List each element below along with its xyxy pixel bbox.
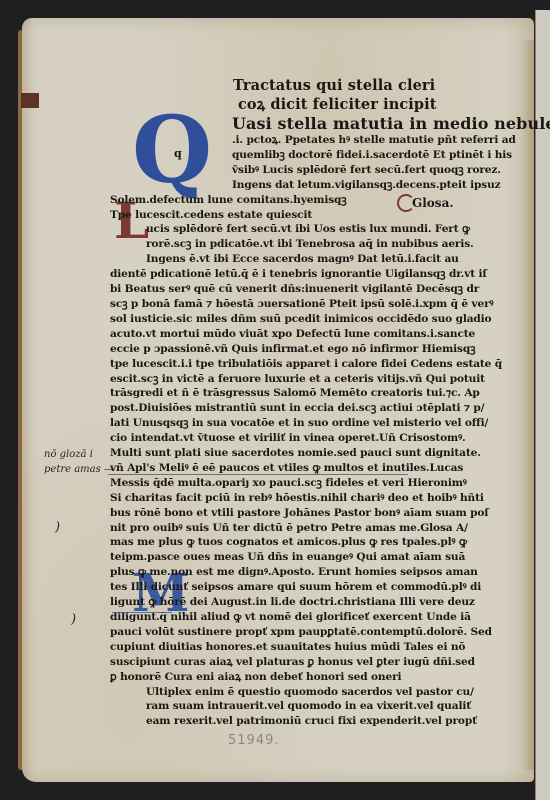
text-line: escit.scꝫ in victē a feruore luxurie et … <box>110 372 520 387</box>
text-line: suscipiunt curas aiaꝝ vel platuras ꝑ hon… <box>110 655 520 670</box>
title-line: Tractatus qui stella cleri <box>110 76 520 95</box>
text-line: Ingens ē.vt ibi Ecce sacerdos magnꝰ Dat … <box>110 252 520 267</box>
text-line: plus ꝙ me.non est me dignꝰ.Aposto. Erunt… <box>110 565 520 580</box>
manuscript-underline <box>108 474 408 475</box>
text-line: Messis q̄dē multa.opariȷ xo pauci.scꝫ fi… <box>110 476 520 491</box>
text-line: post.Diuisiōes mistrantiū sunt in eccia … <box>110 401 520 416</box>
text-line: ligunt ꝙ hōrē dei August.in li.de doctri… <box>110 595 520 610</box>
text-line: eccie p ɔpassionē.vñ Quis infirmat.et eg… <box>110 342 520 357</box>
text-line: nit pro ouibꝰ suis Uñ ter dictū ē petro … <box>110 521 520 536</box>
text-line: lati Unusqsqꝫ in sua vocatōe et in suo o… <box>110 416 520 431</box>
text-line: bus rōnē bono et vtili pastore Johānes P… <box>110 506 520 521</box>
text-line: mas me plus ꝙ tuos cognatos et amicos.pl… <box>110 535 520 550</box>
text-line: Solem.defectum lune comitans.hyemisqꝫ <box>110 193 520 208</box>
text-line: Tpe lucescit.cedens estate quiescit <box>110 208 520 223</box>
text-line: .i. pctoꝝ. Ppetates hꝰ stelle matutie pñ… <box>110 133 520 148</box>
text-line: tes Illi dicunť seipsos amare qui suum h… <box>110 580 520 595</box>
text-line: eam rexerit.vel patrimoniū cruci fixi ex… <box>110 714 520 729</box>
margin-note: petre amas — <box>44 463 114 476</box>
text-line: ṽsibꝰ Lucis splēdorē fert secū.fert quoq… <box>110 163 520 178</box>
margin-mark: ) <box>55 520 60 535</box>
text-block: Tractatus qui stella cleri coꝝ dicit fel… <box>110 76 520 729</box>
text-line: acuto.vt mortui mūdo viuāt xpo Defectū l… <box>110 327 520 342</box>
text-line: rorē.scꝫ in pdicatōe.vt ibi Tenebrosa aq… <box>110 237 520 252</box>
text-line: tpe lucescit.i.i tpe tribulatiōis appare… <box>110 357 520 372</box>
text-line: ꝑ honorē Cura eni aiaꝝ non debeť honori … <box>110 670 520 685</box>
text-line: Si charitas facit pciū in rebꝰ hōestis.n… <box>110 491 520 506</box>
text-line: quemlibꝫ doctorē fidei.i.sacerdotē Et pt… <box>110 148 520 163</box>
text-line: ucis splēdorē fert secū.vt ibi Uos estis… <box>110 222 520 237</box>
opening-line: Uasi stella matutia in medio nebule. <box>110 114 520 133</box>
text-line: cio intendat.vt ṽtuose et viriliť in vin… <box>110 431 520 446</box>
bookmark-tab <box>21 93 39 108</box>
text-line: Ingens dat letum.vigilansqꝫ.decens.pteit… <box>110 178 520 193</box>
text-line: ram suam intrauerit.vel quomodo in ea vi… <box>110 699 520 714</box>
text-line: Multi sunt plati siue sacerdotes nomie.s… <box>110 446 520 461</box>
text-line: scꝫ p bonā famā ⁊ hōestā ɔuersationē Pte… <box>110 297 520 312</box>
margin-note: nō glozā i <box>44 448 93 461</box>
initial-flourish <box>112 612 172 613</box>
gutter-stain <box>520 40 534 770</box>
shelf-mark: 51949. <box>228 733 280 748</box>
text-line: Ultiplex enim ē questio quomodo sacerdos… <box>110 685 520 700</box>
margin-mark: ) <box>71 612 76 627</box>
text-line: dientē pdicationē letū.q̄ ē i tenebris i… <box>110 267 520 282</box>
text-line: cupiunt diuitias honores.et suauitates h… <box>110 640 520 655</box>
title-line: coꝝ dicit feliciter incipit <box>110 95 520 114</box>
text-line: teipm.pasce oues meas Uñ dñs in euangeꝰ … <box>110 550 520 565</box>
text-line: sol iusticie.sic miles dñm suū pcedit in… <box>110 312 520 327</box>
text-line: trāsgredi et ñ ē trāsgressus Salomō Memē… <box>110 386 520 401</box>
text-line: bi Beatus serꝰ quē cū venerit dñs:inuene… <box>110 282 520 297</box>
text-line: pauci volūt sustinere propť xpm paupꝑtat… <box>110 625 520 640</box>
